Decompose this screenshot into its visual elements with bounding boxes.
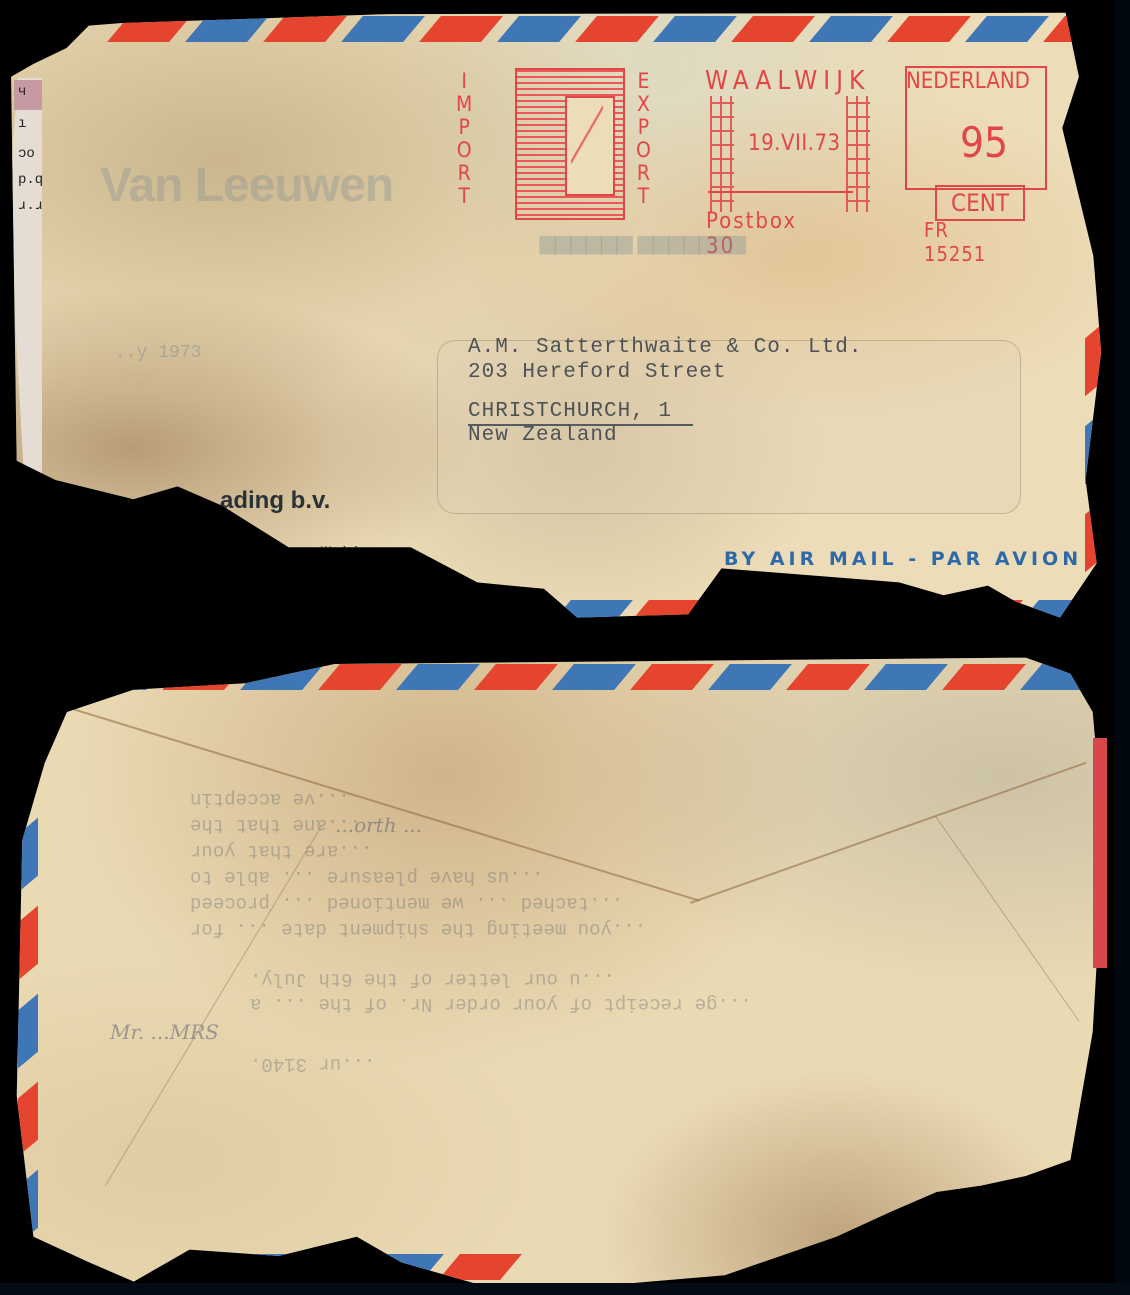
scan-edge-right [1115, 0, 1130, 1295]
airmail-stripe-blue [396, 664, 480, 690]
show-through-line: ...ur 3140. [250, 1053, 375, 1075]
meter-letter: T [638, 185, 650, 208]
airmail-stripe-blue [341, 16, 425, 42]
airmail-stripe-red [939, 600, 1023, 626]
show-through-line: ...are that your [190, 840, 372, 862]
airmail-stripe-blue [84, 664, 168, 690]
airmail-stripe-red [318, 664, 402, 690]
airmail-label: BY AIR MAIL - PAR AVION [724, 548, 1082, 570]
meter-letter: I [461, 70, 467, 93]
envelope-back: ...ve acceptin...ane that the...are that… [0, 648, 1115, 1288]
airmail-stripe-red [419, 16, 503, 42]
airmail-stripe-red [575, 16, 659, 42]
strip-glyph: ч [18, 84, 26, 100]
meter-letter: M [456, 93, 472, 116]
meter-company-logo [515, 68, 625, 220]
pencil-note: Mr. ...MRS [110, 1020, 219, 1044]
letterhead-subline: ▆▆▆▆▆▆ ▆▆▆▆▆▆▆ [540, 230, 746, 255]
logo-slash-icon [571, 104, 603, 164]
side-flap-fold-right [935, 816, 1079, 1021]
envelope-front: ч ı ɔo p.q ɹ.ɹ Van Leeuwen ..y 1973 IMPO… [0, 0, 1110, 640]
airmail-stripe-blue [1017, 600, 1101, 626]
airmail-stripe-red [18, 906, 38, 981]
airmail-stripe-red [1085, 322, 1105, 397]
airmail-stripe-red [887, 16, 971, 42]
meter-import-label: IMPORT [456, 70, 472, 208]
airmail-stripe-blue [1085, 410, 1105, 485]
show-through-line: ...tached ... we mentioned ... proceed [190, 892, 623, 914]
airmail-stripe-red [18, 730, 38, 805]
airmail-stripe-blue [204, 1254, 288, 1280]
show-through-line: ...ve acceptin [190, 788, 350, 810]
meter-letter: R [637, 162, 650, 185]
address-line-2: 203 Hereford Street [468, 361, 726, 384]
address-line-1: A.M. Satterthwaite & Co. Ltd. [468, 336, 862, 359]
airmail-stripe-blue [549, 600, 633, 626]
torn-enclosure-strip [12, 78, 42, 478]
airmail-stripe-blue [1020, 664, 1104, 690]
faded-date: ..y 1973 [115, 343, 201, 363]
meter-letter: O [457, 139, 472, 162]
letterhead-company: Van Leeuwen [100, 158, 393, 213]
airmail-stripe-red [162, 664, 246, 690]
strip-glyph: ı [18, 116, 26, 132]
airmail-stripe-red [107, 16, 191, 42]
meter-letter: E [637, 70, 649, 93]
airmail-stripe-blue [18, 994, 38, 1069]
airmail-stripe-blue [965, 16, 1049, 42]
airmail-stripe-red [1085, 498, 1105, 573]
airmail-stripe-red [18, 1082, 38, 1157]
meter-country: NEDERLAND [906, 69, 1030, 94]
show-through-line: ...us have pleasure ... able to [190, 866, 543, 888]
meter-currency: CENT [935, 185, 1025, 221]
meter-letter: T [458, 185, 470, 208]
airmail-stripe-red [474, 664, 558, 690]
airmail-stripe-red [438, 1254, 522, 1280]
meter-letter: P [458, 116, 469, 139]
airmail-stripe-red [630, 664, 714, 690]
airmail-stripe-red [942, 664, 1026, 690]
airmail-stripe-blue [497, 16, 581, 42]
airmail-stripe-red [783, 600, 867, 626]
airmail-stripe-blue [708, 664, 792, 690]
show-through-line: ...u our letter of the 6th July. [250, 968, 615, 990]
flap-fold-right [690, 762, 1087, 904]
airmail-stripe-red [282, 1254, 366, 1280]
letterhead-tagline: ...ading b.v. [200, 487, 330, 515]
airmail-stripe-blue [185, 16, 269, 42]
meter-letter: O [636, 139, 651, 162]
airmail-stripe-red [627, 600, 711, 626]
strip-glyph: ɹ.ɹ [18, 198, 43, 214]
airmail-stripe-blue [864, 664, 948, 690]
strip-glyph: p.q [18, 172, 43, 188]
envelope-front-paper: ч ı ɔo p.q ɹ.ɹ Van Leeuwen ..y 1973 IMPO… [0, 0, 1110, 640]
airmail-stripe-blue [653, 16, 737, 42]
meter-letter: X [637, 93, 650, 116]
airmail-stripe-blue [552, 664, 636, 690]
letterhead-town: - Waalwi... [314, 545, 367, 557]
meter-date: 19.VII.73 [748, 131, 841, 156]
show-through-line: ...ge receipt of your order Nr. of the .… [250, 993, 752, 1015]
airmail-stripe-blue [18, 1170, 38, 1245]
scan-edge-bottom [0, 1283, 1130, 1295]
meter-value: 95 [960, 118, 1008, 167]
airmail-stripe-red [263, 16, 347, 42]
pencil-note: ...orth ... [335, 813, 422, 837]
show-through-line: ...you meeting the shipment date ... for [190, 918, 646, 940]
airmail-stripe-blue [861, 600, 945, 626]
airmail-stripe-blue [360, 1254, 444, 1280]
meter-export-label: EXPORT [636, 70, 651, 208]
envelope-back-paper: ...ve acceptin...ane that the...are that… [0, 648, 1115, 1288]
meter-letter: P [638, 116, 649, 139]
meter-city: WAALWIJK [705, 66, 870, 96]
airmail-stripe-red [731, 16, 815, 42]
airmail-stripe-blue [240, 664, 324, 690]
torn-red-edge [1093, 738, 1107, 968]
strip-glyph: ɔo [18, 146, 35, 162]
airmail-stripe-blue [809, 16, 893, 42]
meter-number: FR 15251 [924, 218, 986, 266]
airmail-stripe-blue [705, 600, 789, 626]
address-line-3: CHRISTCHURCH, 1 [468, 400, 672, 423]
meter-letter: R [458, 162, 471, 185]
airmail-stripe-blue [18, 818, 38, 893]
address-line-4: New Zealand [468, 424, 618, 447]
airmail-stripe-red [786, 664, 870, 690]
